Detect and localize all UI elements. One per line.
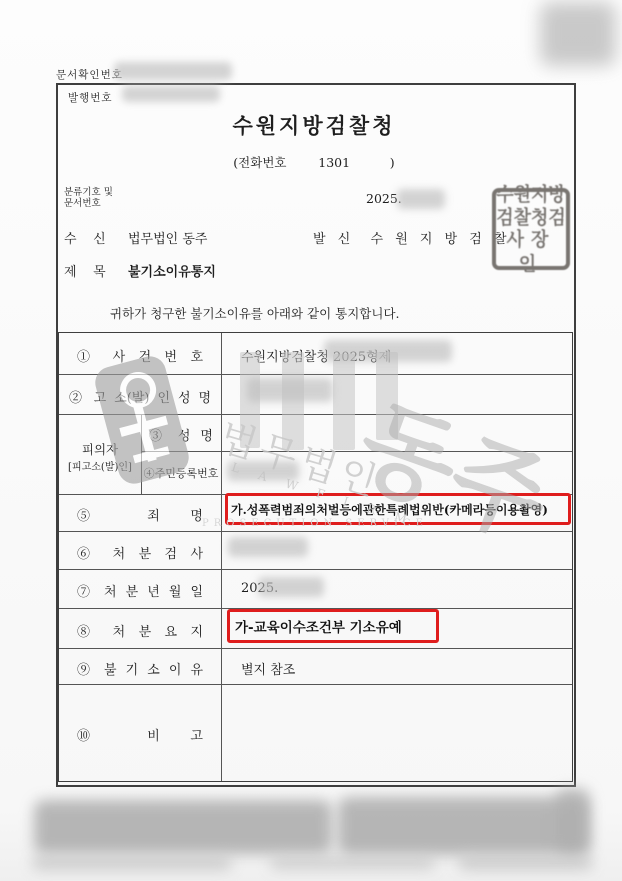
class-label: 분류기호 및 문서번호: [64, 188, 113, 209]
redaction-blur-doc-confirm: [114, 62, 232, 80]
disposition-date-label: ⑦ 처 분 년 월 일: [59, 581, 221, 600]
redaction-blur-rrn: [227, 461, 299, 481]
scanned-legal-document: { "colors": { "accent_red": "#df1d1d", "…: [0, 0, 622, 881]
row-divider: [59, 414, 572, 415]
case-no-label: ① 사 건 번 호: [59, 346, 221, 365]
complainant-label: ② 고 소(발) 인 성 명: [59, 387, 221, 406]
redaction-blur-bottom-line-1: [32, 856, 232, 870]
seal-row3: 사장인: [496, 228, 566, 276]
redaction-blur-complainant: [247, 378, 333, 402]
remarks-label: ⑩ 비 고: [59, 725, 221, 744]
prosecutor-label: ⑥ 처 분 검 사: [59, 543, 221, 562]
issue-no-label: 발행번호: [68, 90, 113, 105]
row-divider: [59, 648, 572, 649]
office-title: 수원지방검찰청: [56, 110, 572, 140]
subject-value: 불기소이유통지: [128, 261, 216, 280]
offense-value: 가.성폭력범죄의처벌등에관한특례법위반(카메라등이용촬영): [228, 501, 548, 518]
offense-label: ⑤ 죄 명: [59, 505, 221, 524]
suspect-label: 피의자 [피고소(발)인]: [59, 421, 141, 491]
suspect-label-line2: [피고소(발)인]: [68, 458, 132, 473]
row-divider: [59, 684, 572, 685]
redaction-blur-top-right: [540, 2, 616, 66]
redaction-blur-bottom-1: [34, 800, 332, 854]
disposition-value: 가-교육이수조건부 기소유예: [230, 616, 402, 636]
row-divider: [59, 374, 572, 375]
name-label: ③ 성 명: [141, 425, 221, 444]
class-label-line1: 분류기호 및: [64, 188, 113, 199]
disposition-highlight-box: 가-교육이수조건부 기소유예: [227, 609, 439, 643]
redaction-blur-case-no: [324, 340, 452, 362]
redaction-blur-bottom-line-3: [458, 855, 593, 870]
seal-row2: 검찰청검: [496, 205, 566, 229]
reason-label: ⑨ 불 기 소 이 유: [59, 659, 221, 678]
sender-line: 발 신 수 원 지 방 검 찰: [313, 228, 511, 247]
redaction-blur-bottom-line-2: [270, 857, 435, 869]
row-divider: [141, 451, 572, 452]
seal-row1: 수원지방: [496, 182, 566, 206]
row-divider: [59, 569, 572, 570]
recipient-label: 수 신: [64, 228, 106, 247]
subject-label: 제 목: [64, 261, 106, 280]
suspect-label-line1: 피의자: [82, 440, 118, 458]
official-seal-stamp: 수원지방 검찰청검 사장인: [492, 188, 570, 270]
doc-confirm-label: 문서확인번호: [56, 67, 123, 82]
rrn-label: ④주민등록번호: [141, 465, 221, 481]
redaction-blur-bottom-spike: [556, 788, 590, 854]
row-divider: [59, 531, 572, 532]
offense-highlight-box: 가.성폭력범죄의처벌등에관한특례법위반(카메라등이용촬영): [225, 493, 571, 525]
redaction-blur-disposition-date: [258, 577, 324, 597]
disposition-label: ⑧ 처 분 요 지: [59, 621, 221, 640]
redaction-blur-doc-no: [397, 189, 445, 209]
column-divider: [221, 333, 222, 781]
reason-value: 별지 참조: [231, 659, 295, 678]
redaction-blur-issue-no: [122, 86, 220, 102]
notice-line: 귀하가 청구한 불기소이유를 아래와 같이 통지합니다.: [110, 304, 400, 322]
phone-line: (전화번호 1301 ): [56, 153, 572, 171]
redaction-blur-bottom-2: [338, 797, 588, 855]
recipient-value: 법무법인 동주: [128, 228, 207, 247]
redaction-blur-prosecutor: [228, 537, 308, 557]
class-label-line2: 문서번호: [64, 199, 113, 210]
